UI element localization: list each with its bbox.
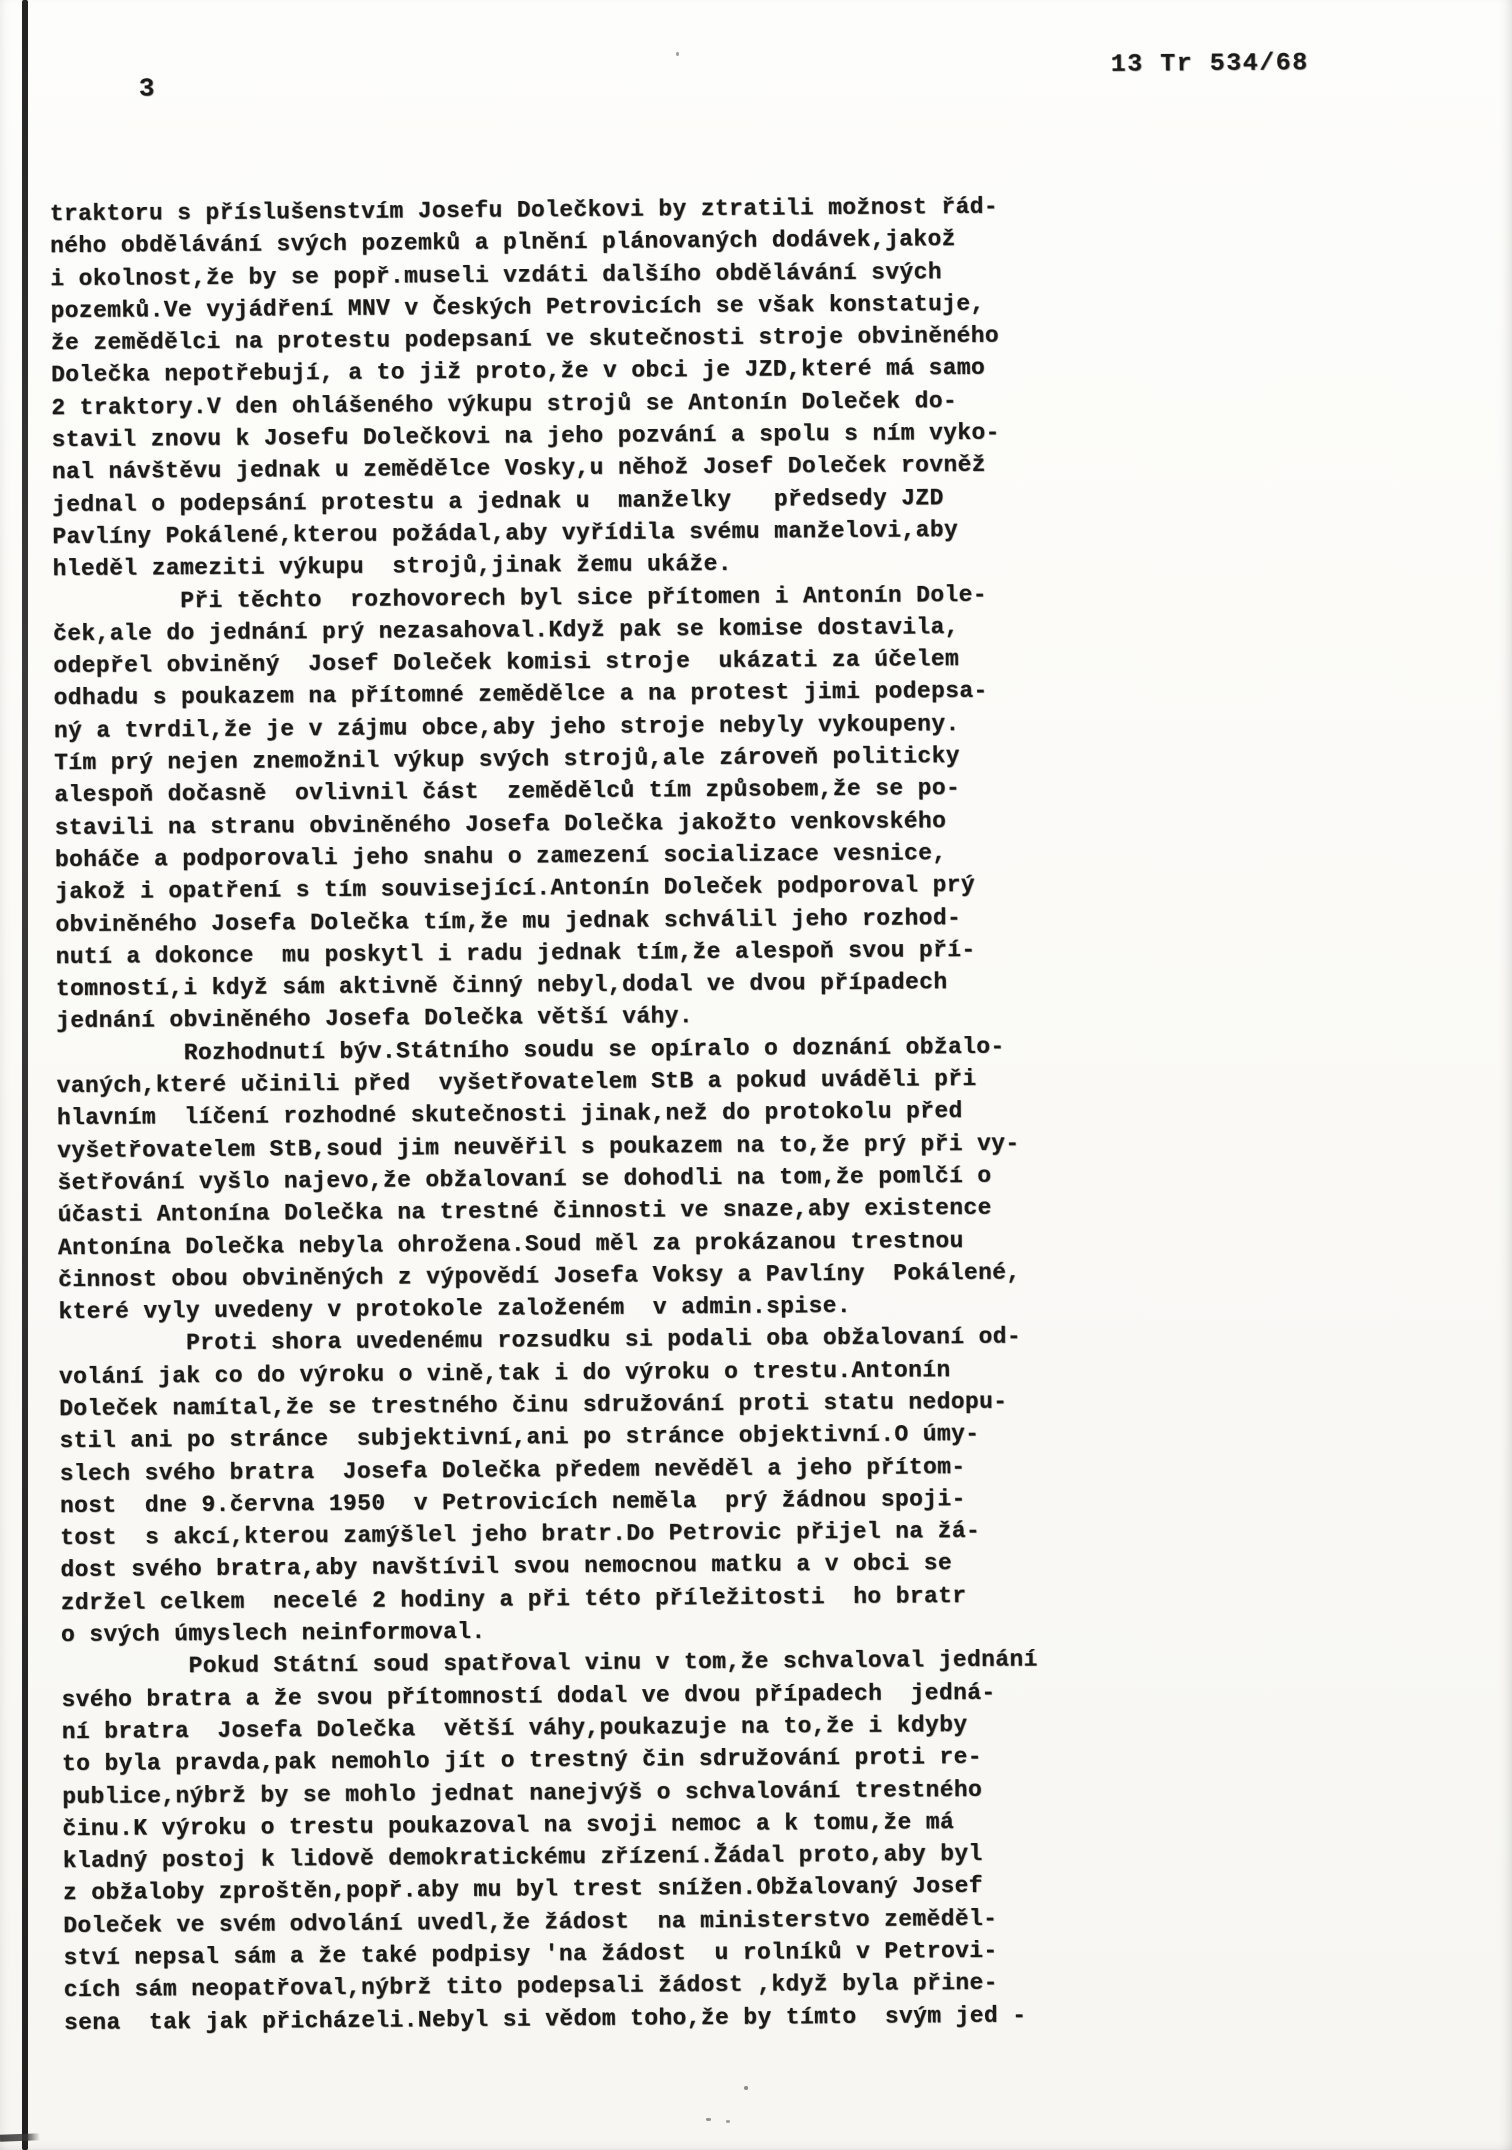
docket-number: 13 Tr 534/68 [1111, 48, 1309, 79]
page-number: 3 [139, 73, 156, 103]
document-body: traktoru s příslušenstvím Josefu Dolečko… [50, 190, 1074, 2039]
scanned-document-page: 3 13 Tr 534/68 traktoru s příslušenstvím… [0, 0, 1512, 2150]
document-content: 3 13 Tr 534/68 traktoru s příslušenstvím… [0, 0, 1512, 2150]
